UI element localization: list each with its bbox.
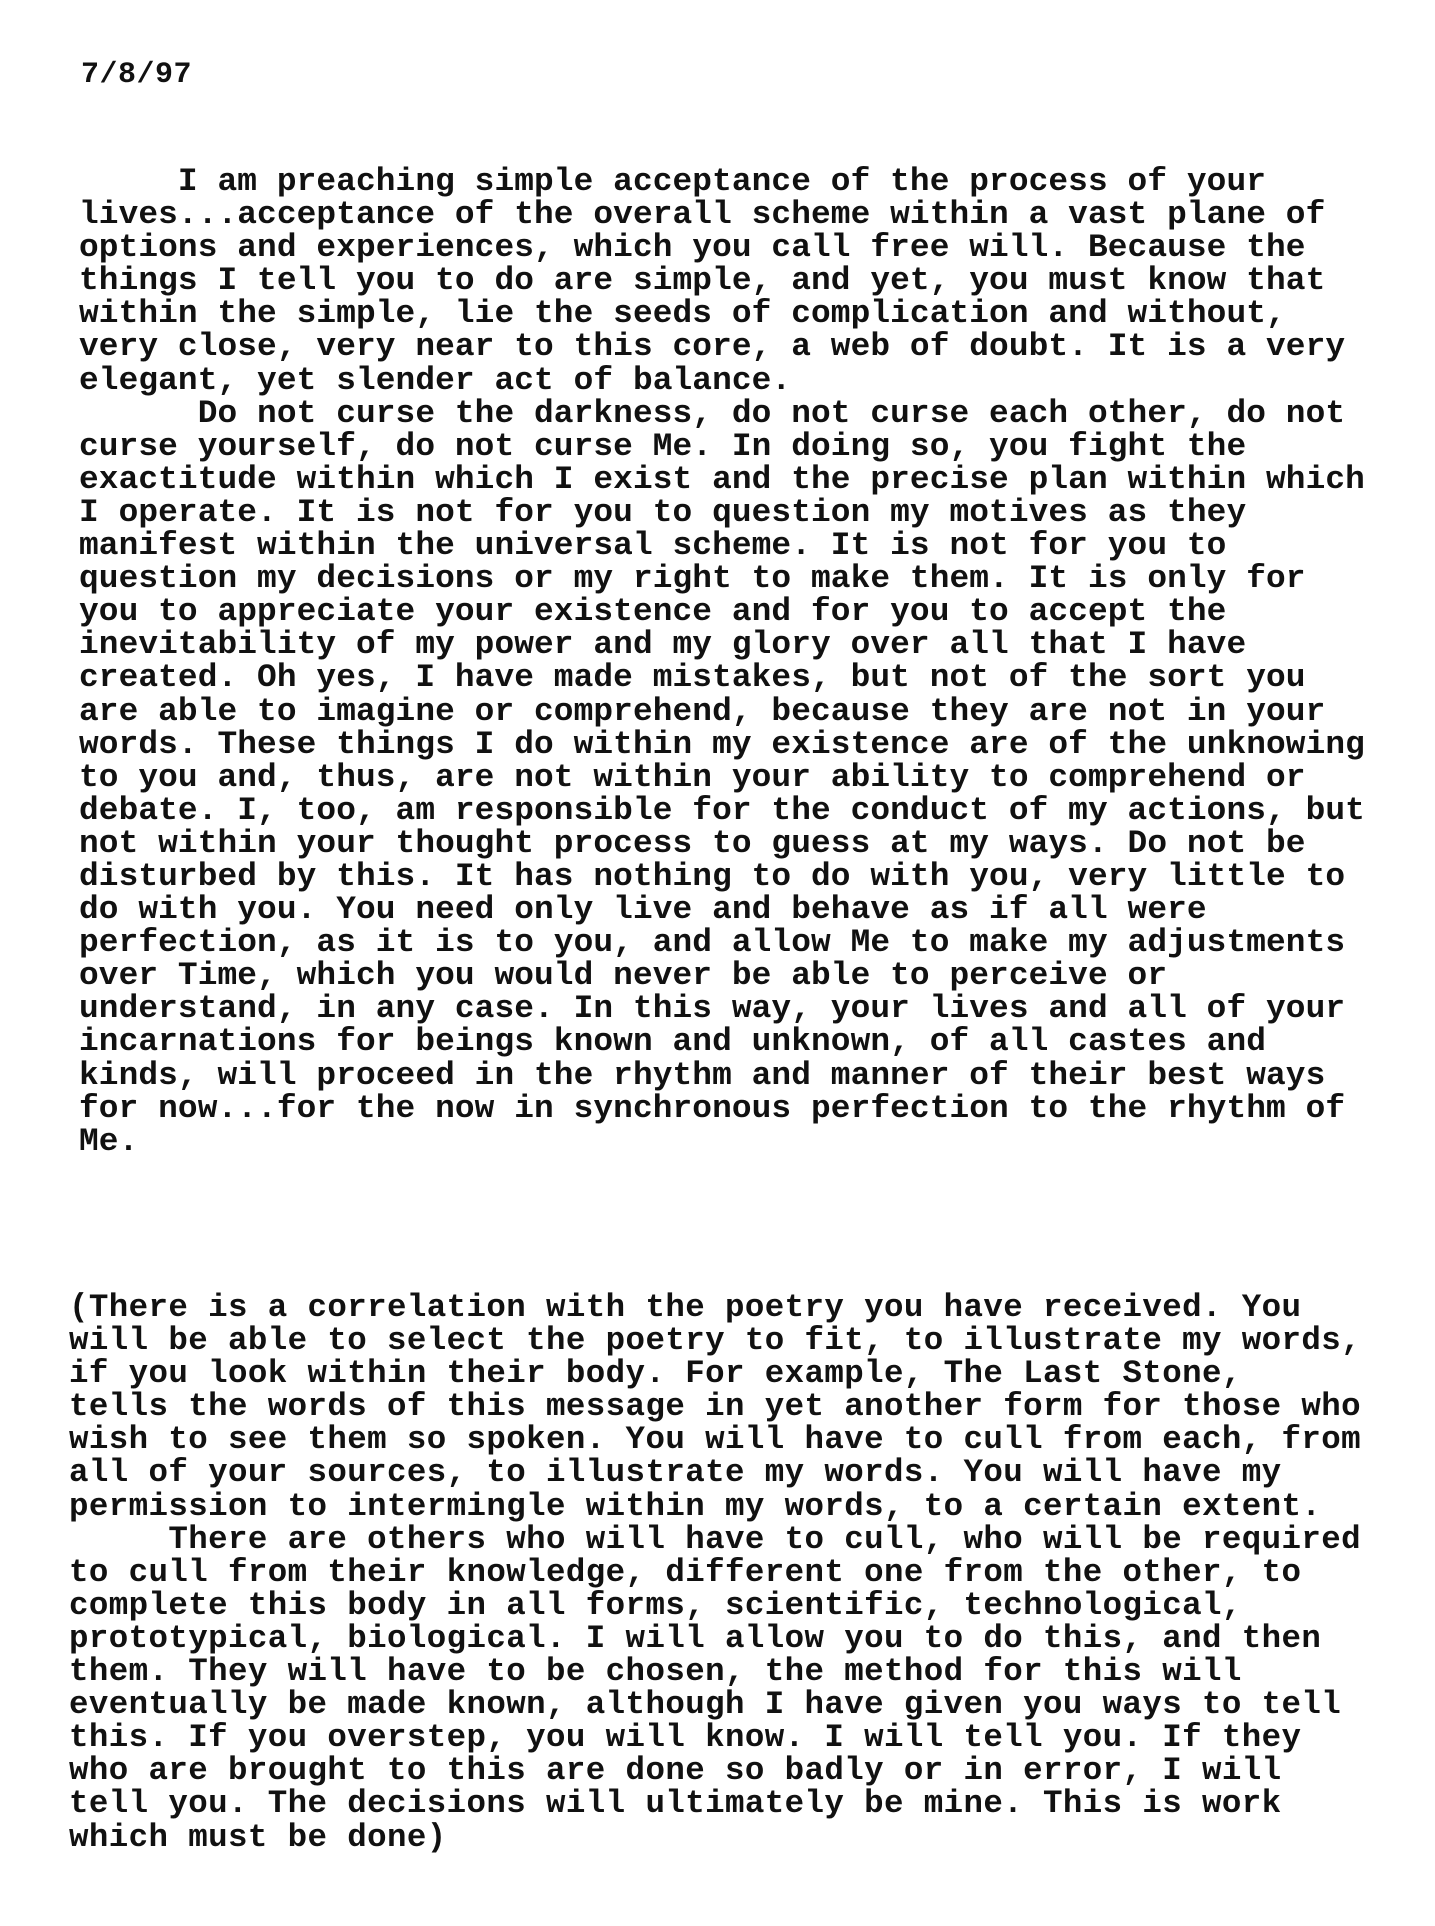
text-line: things I tell you to do are simple, and … <box>79 264 1365 297</box>
text-line: understand, in any case. In this way, yo… <box>79 992 1365 1025</box>
text-line: complete this body in all forms, scienti… <box>69 1589 1361 1622</box>
text-line: them. They will have to be chosen, the m… <box>69 1655 1361 1688</box>
text-line: will be able to select the poetry to fit… <box>69 1324 1361 1357</box>
text-line: elegant, yet slender act of balance. <box>79 364 1365 397</box>
text-line: you to appreciate your existence and for… <box>79 595 1365 628</box>
text-line: debate. I, too, am responsible for the c… <box>79 794 1365 827</box>
text-line: words. These things I do within my exist… <box>79 728 1365 761</box>
text-line: lives...acceptance of the overall scheme… <box>79 198 1365 231</box>
text-line: who are brought to this are done so badl… <box>69 1754 1361 1787</box>
text-line: Me. <box>79 1125 1365 1158</box>
text-line: for now...for the now in synchronous per… <box>79 1092 1365 1125</box>
text-line: exactitude within which I exist and the … <box>79 463 1365 496</box>
text-line: do with you. You need only live and beha… <box>79 893 1365 926</box>
text-line: if you look within their body. For examp… <box>69 1357 1361 1390</box>
text-line: wish to see them so spoken. You will hav… <box>69 1423 1361 1456</box>
text-line: all of your sources, to illustrate my wo… <box>69 1456 1361 1489</box>
text-line: options and experiences, which you call … <box>79 231 1365 264</box>
text-line: incarnations for beings known and unknow… <box>79 1025 1365 1058</box>
text-line: inevitability of my power and my glory o… <box>79 628 1365 661</box>
text-line: created. Oh yes, I have made mistakes, b… <box>79 661 1365 694</box>
text-line: disturbed by this. It has nothing to do … <box>79 860 1365 893</box>
text-line: to cull from their knowledge, different … <box>69 1556 1361 1589</box>
text-line: are able to imagine or comprehend, becau… <box>79 695 1365 728</box>
text-line: kinds, will proceed in the rhythm and ma… <box>79 1059 1365 1092</box>
document-date: 7/8/97 <box>81 58 192 92</box>
text-line: very close, very near to this core, a we… <box>79 330 1365 363</box>
text-line: Do not curse the darkness, do not curse … <box>79 397 1365 430</box>
text-line: manifest within the universal scheme. It… <box>79 529 1365 562</box>
text-line: prototypical, biological. I will allow y… <box>69 1622 1361 1655</box>
text-line: There are others who will have to cull, … <box>69 1523 1361 1556</box>
text-line: curse yourself, do not curse Me. In doin… <box>79 430 1365 463</box>
text-line: I operate. It is not for you to question… <box>79 496 1365 529</box>
text-line: over Time, which you would never be able… <box>79 959 1365 992</box>
text-line: (There is a correlation with the poetry … <box>69 1291 1361 1324</box>
text-line: which must be done) <box>69 1821 1361 1854</box>
text-line: tells the words of this message in yet a… <box>69 1390 1361 1423</box>
parenthetical-section: (There is a correlation with the poetry … <box>69 1291 1361 1854</box>
text-line: I am preaching simple acceptance of the … <box>79 165 1365 198</box>
message-section: I am preaching simple acceptance of the … <box>79 165 1365 1158</box>
text-line: within the simple, lie the seeds of comp… <box>79 297 1365 330</box>
text-line: tell you. The decisions will ultimately … <box>69 1787 1361 1820</box>
text-line: question my decisions or my right to mak… <box>79 562 1365 595</box>
text-line: not within your thought process to guess… <box>79 827 1365 860</box>
text-line: this. If you overstep, you will know. I … <box>69 1721 1361 1754</box>
text-line: permission to intermingle within my word… <box>69 1490 1361 1523</box>
document-page: 7/8/97 I am preaching simple acceptance … <box>0 0 1435 1926</box>
text-line: to you and, thus, are not within your ab… <box>79 761 1365 794</box>
text-line: perfection, as it is to you, and allow M… <box>79 926 1365 959</box>
text-line: eventually be made known, although I hav… <box>69 1688 1361 1721</box>
